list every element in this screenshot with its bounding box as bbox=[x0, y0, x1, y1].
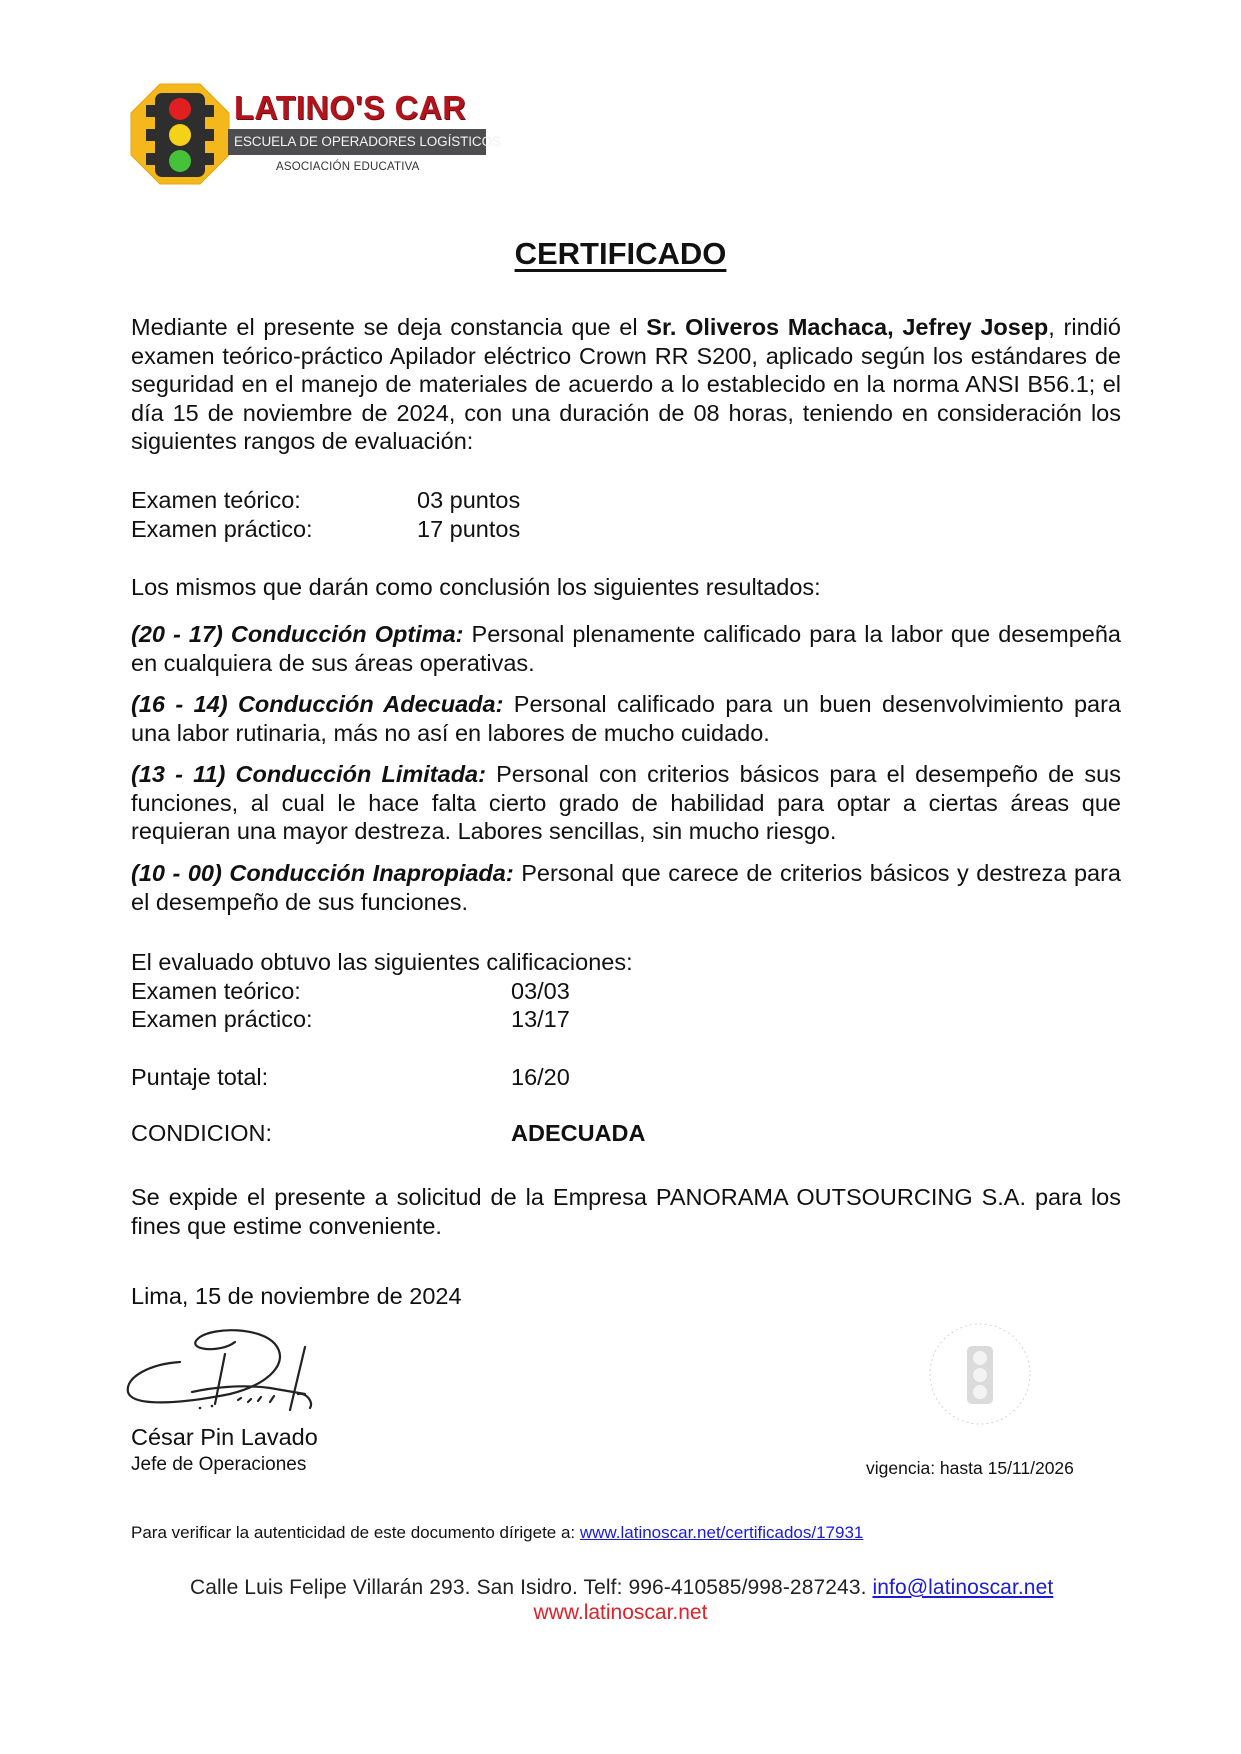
institution-stamp-icon bbox=[925, 1318, 1035, 1430]
signatory-name: César Pin Lavado bbox=[131, 1424, 318, 1451]
conclusion-intro: Los mismos que darán como conclusión los… bbox=[131, 573, 821, 602]
logo-subtitle: ESCUELA DE OPERADORES LOGÍSTICOS bbox=[228, 129, 486, 155]
range-row: Examen teórico: 03 puntos bbox=[131, 486, 731, 515]
level-range: (13 - 11) Conducción Limitada: bbox=[131, 761, 486, 787]
website-line: www.latinoscar.net bbox=[0, 1601, 1241, 1625]
candidate-name: Sr. Oliveros Machaca, Jefrey Josep bbox=[646, 314, 1048, 340]
logo-brand-name: LATINO'S CAR bbox=[234, 89, 466, 127]
condition-label: CONDICION: bbox=[131, 1119, 272, 1148]
signature-icon bbox=[120, 1322, 340, 1412]
total-value: 16/20 bbox=[511, 1063, 570, 1092]
result-row: Examen práctico: 13/17 bbox=[131, 1005, 831, 1034]
range-label: Examen práctico: bbox=[131, 515, 313, 544]
logo-subtitle-bar: ESCUELA DE OPERADORES LOGÍSTICOS bbox=[228, 129, 486, 155]
traffic-light-octagon-icon bbox=[130, 83, 230, 185]
document-title-wrap: CERTIFICADO bbox=[0, 236, 1241, 272]
address-line: Calle Luis Felipe Villarán 293. San Isid… bbox=[190, 1576, 1053, 1600]
level-limitada: (13 - 11) Conducción Limitada: Personal … bbox=[131, 760, 1121, 846]
signatory-role: Jefe de Operaciones bbox=[131, 1454, 306, 1476]
website-text: www.latinoscar.net bbox=[534, 1601, 708, 1624]
results-heading: El evaluado obtuvo las siguientes califi… bbox=[131, 948, 831, 977]
results-section: El evaluado obtuvo las siguientes califi… bbox=[131, 948, 831, 1148]
intro-prefix: Mediante el presente se deja constancia … bbox=[131, 314, 646, 340]
level-range: (20 - 17) Conducción Optima: bbox=[131, 621, 464, 647]
validity-date: vigencia: hasta 15/11/2026 bbox=[866, 1458, 1074, 1479]
result-row: Examen teórico: 03/03 bbox=[131, 977, 831, 1006]
verify-text: Para verificar la autenticidad de este d… bbox=[131, 1523, 580, 1542]
address-text: Calle Luis Felipe Villarán 293. San Isid… bbox=[190, 1576, 872, 1599]
level-optima: (20 - 17) Conducción Optima: Personal pl… bbox=[131, 620, 1121, 677]
result-label: Examen teórico: bbox=[131, 977, 301, 1006]
evaluation-ranges: Examen teórico: 03 puntos Examen práctic… bbox=[131, 486, 731, 546]
range-row: Examen práctico: 17 puntos bbox=[131, 515, 731, 544]
logo-tagline: ASOCIACIÓN EDUCATIVA bbox=[276, 161, 420, 173]
issuance-paragraph: Se expide el presente a solicitud de la … bbox=[131, 1183, 1121, 1240]
condition-row: CONDICION: ADECUADA bbox=[131, 1119, 831, 1148]
level-adecuada: (16 - 14) Conducción Adecuada: Personal … bbox=[131, 690, 1121, 747]
total-label: Puntaje total: bbox=[131, 1063, 268, 1092]
intro-paragraph: Mediante el presente se deja constancia … bbox=[131, 313, 1121, 456]
company-logo: LATINO'S CAR ESCUELA DE OPERADORES LOGÍS… bbox=[128, 80, 498, 190]
verify-link[interactable]: www.latinoscar.net/certificados/17931 bbox=[580, 1523, 864, 1542]
total-row: Puntaje total: 16/20 bbox=[131, 1063, 831, 1092]
place-date: Lima, 15 de noviembre de 2024 bbox=[131, 1282, 462, 1311]
result-label: Examen práctico: bbox=[131, 1005, 313, 1034]
level-range: (16 - 14) Conducción Adecuada: bbox=[131, 691, 503, 717]
result-value: 13/17 bbox=[511, 1005, 570, 1034]
document-title: CERTIFICADO bbox=[515, 236, 727, 271]
range-value: 03 puntos bbox=[417, 486, 520, 515]
range-value: 17 puntos bbox=[417, 515, 520, 544]
range-label: Examen teórico: bbox=[131, 486, 301, 515]
level-range: (10 - 00) Conducción Inapropiada: bbox=[131, 860, 514, 886]
email-link[interactable]: info@latinoscar.net bbox=[872, 1576, 1053, 1599]
result-value: 03/03 bbox=[511, 977, 570, 1006]
verify-line: Para verificar la autenticidad de este d… bbox=[131, 1523, 863, 1543]
level-inapropiada: (10 - 00) Conducción Inapropiada: Person… bbox=[131, 859, 1121, 916]
condition-value: ADECUADA bbox=[511, 1119, 645, 1148]
